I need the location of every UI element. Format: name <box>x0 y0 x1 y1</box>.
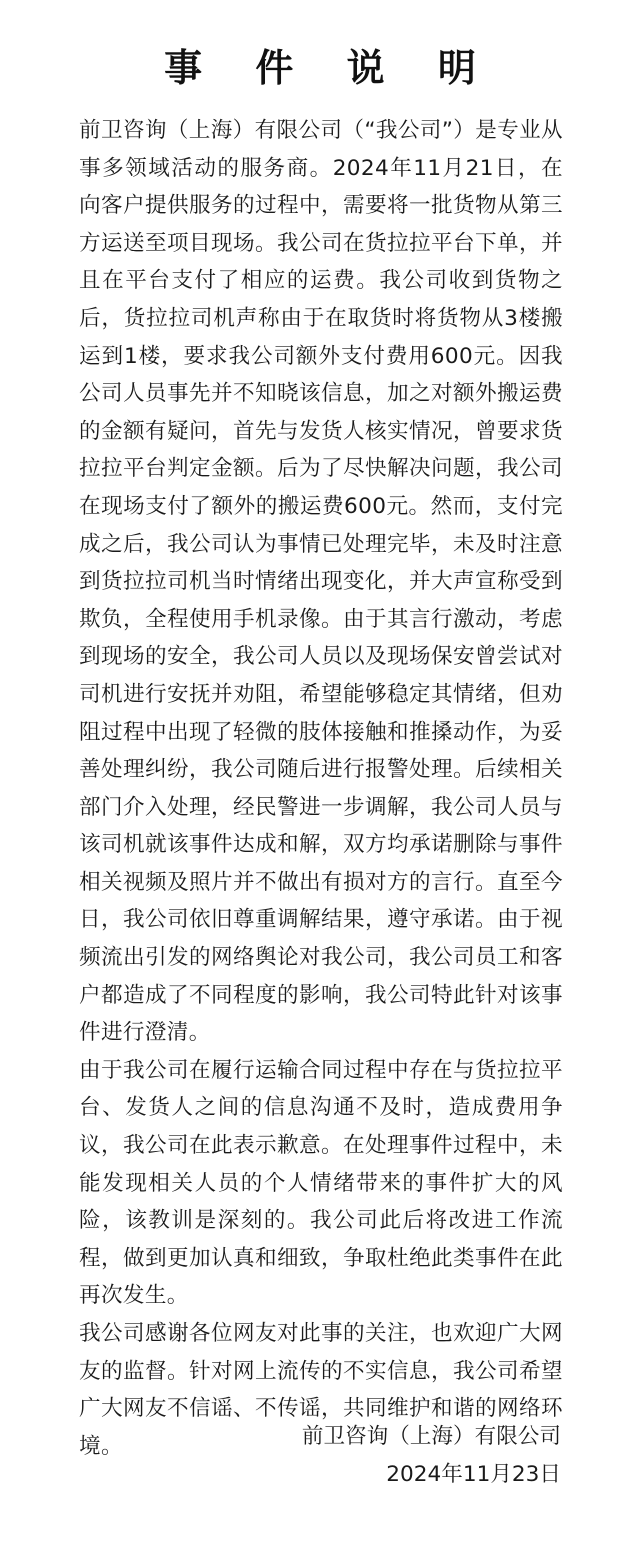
paragraph-apology: 由于我公司在履行运输合同过程中存在与货拉拉平台、发货人之间的信息沟通不及时，造成… <box>79 1052 563 1315</box>
document-title: 事 件 说 明 <box>0 40 640 96</box>
signature-company: 前卫咨询（上海）有限公司 <box>302 1418 561 1456</box>
signature-block: 前卫咨询（上海）有限公司 2024年11月23日 <box>302 1418 561 1494</box>
signature-date: 2024年11月23日 <box>302 1456 561 1494</box>
document-body: 前卫咨询（上海）有限公司（“我公司”）是专业从事多领域活动的服务商。2024年1… <box>79 112 563 1465</box>
paragraph-incident-account: 前卫咨询（上海）有限公司（“我公司”）是专业从事多领域活动的服务商。2024年1… <box>79 112 563 1052</box>
